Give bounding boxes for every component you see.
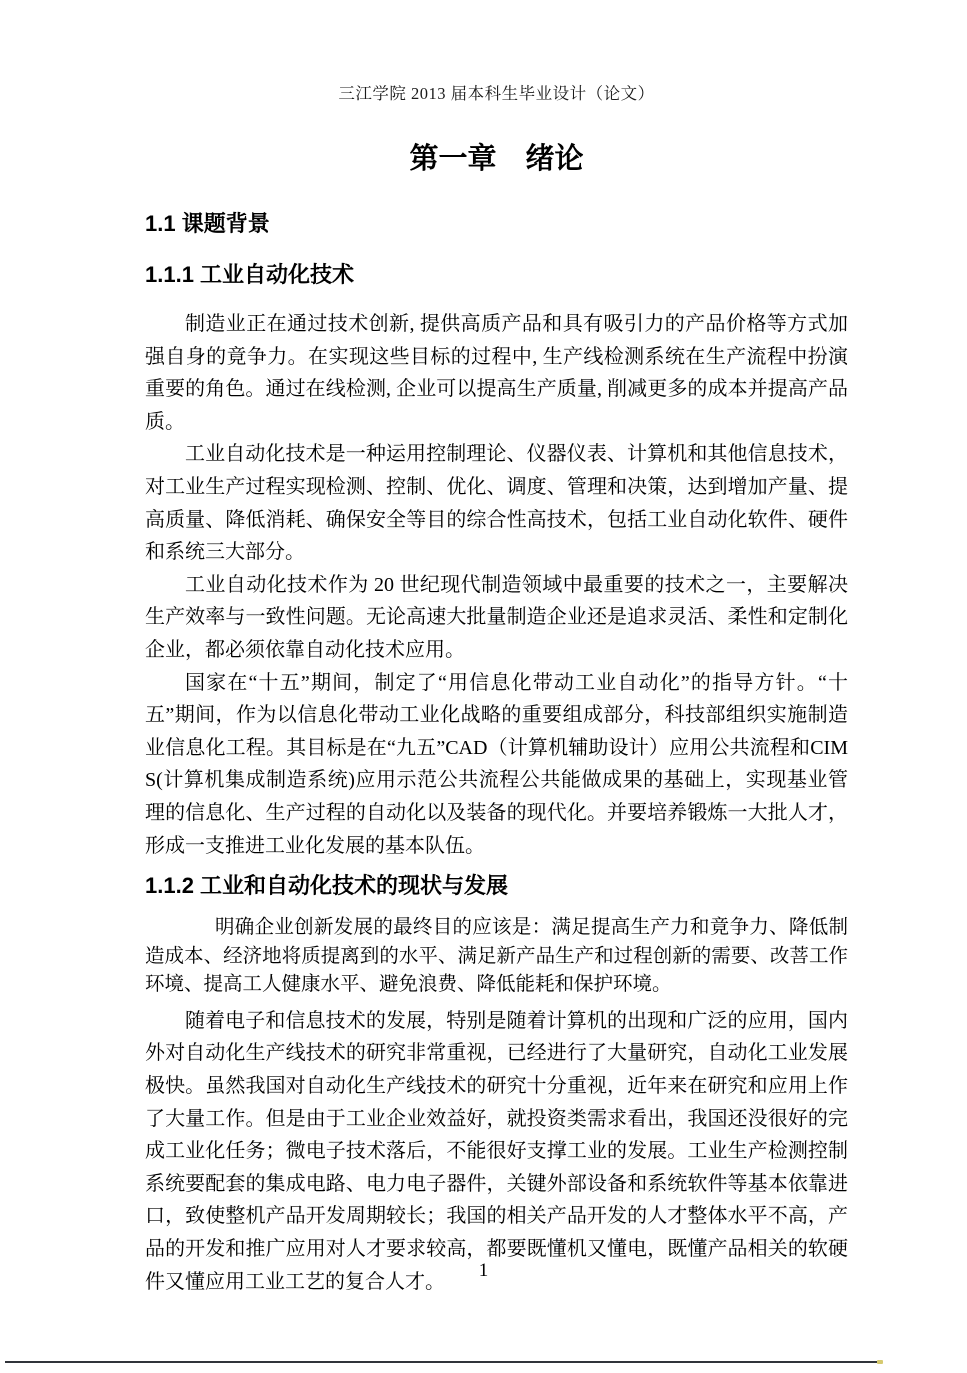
paragraph-innovation-goals: 明确企业创新发展的最终目的应该是：满足提高生产力和竟争力、降低制造成本、经济地将… bbox=[145, 914, 848, 1000]
paragraph-national-policy: 国家在“十五”期间，制定了“用信息化带动工业自动化”的指导方针。“十五”期间，作… bbox=[145, 667, 848, 863]
document-page: 三江学院 2013 届本科生毕业设计（论文） 第一章 绪论 1.1 课题背景 1… bbox=[0, 0, 967, 1373]
subsection-heading-1-1-1: 1.1.1 工业自动化技术 bbox=[145, 263, 848, 287]
paragraph-manufacturing-innovation: 制造业正在通过技术创新, 提供高质产品和具有吸引力的产品价格等方式加强自身的竟争… bbox=[145, 308, 848, 438]
page-content: 三江学院 2013 届本科生毕业设计（论文） 第一章 绪论 1.1 课题背景 1… bbox=[145, 84, 848, 1298]
paragraph-domestic-status: 随着电子和信息技术的发展，特别是随着计算机的出现和广泛的应用，国内外对自动化生产… bbox=[145, 1005, 848, 1298]
running-header: 三江学院 2013 届本科生毕业设计（论文） bbox=[145, 84, 848, 104]
paragraph-automation-definition: 工业自动化技术是一种运用控制理论、仪器仪表、计算机和其他信息技术，对工业生产过程… bbox=[145, 438, 848, 568]
page-number: 1 bbox=[0, 1258, 967, 1284]
subsection-heading-1-1-2: 1.1.2 工业和自动化技术的现状与发展 bbox=[145, 874, 848, 898]
section-heading-1-1: 1.1 课题背景 bbox=[145, 212, 848, 236]
paragraph-automation-20th-century: 工业自动化技术作为 20 世纪现代制造领域中最重要的技术之一，主要解决生产效率与… bbox=[145, 569, 848, 667]
yellow-dot bbox=[877, 1360, 883, 1364]
chapter-title: 第一章 绪论 bbox=[145, 142, 848, 176]
bottom-border-line bbox=[5, 1361, 877, 1363]
